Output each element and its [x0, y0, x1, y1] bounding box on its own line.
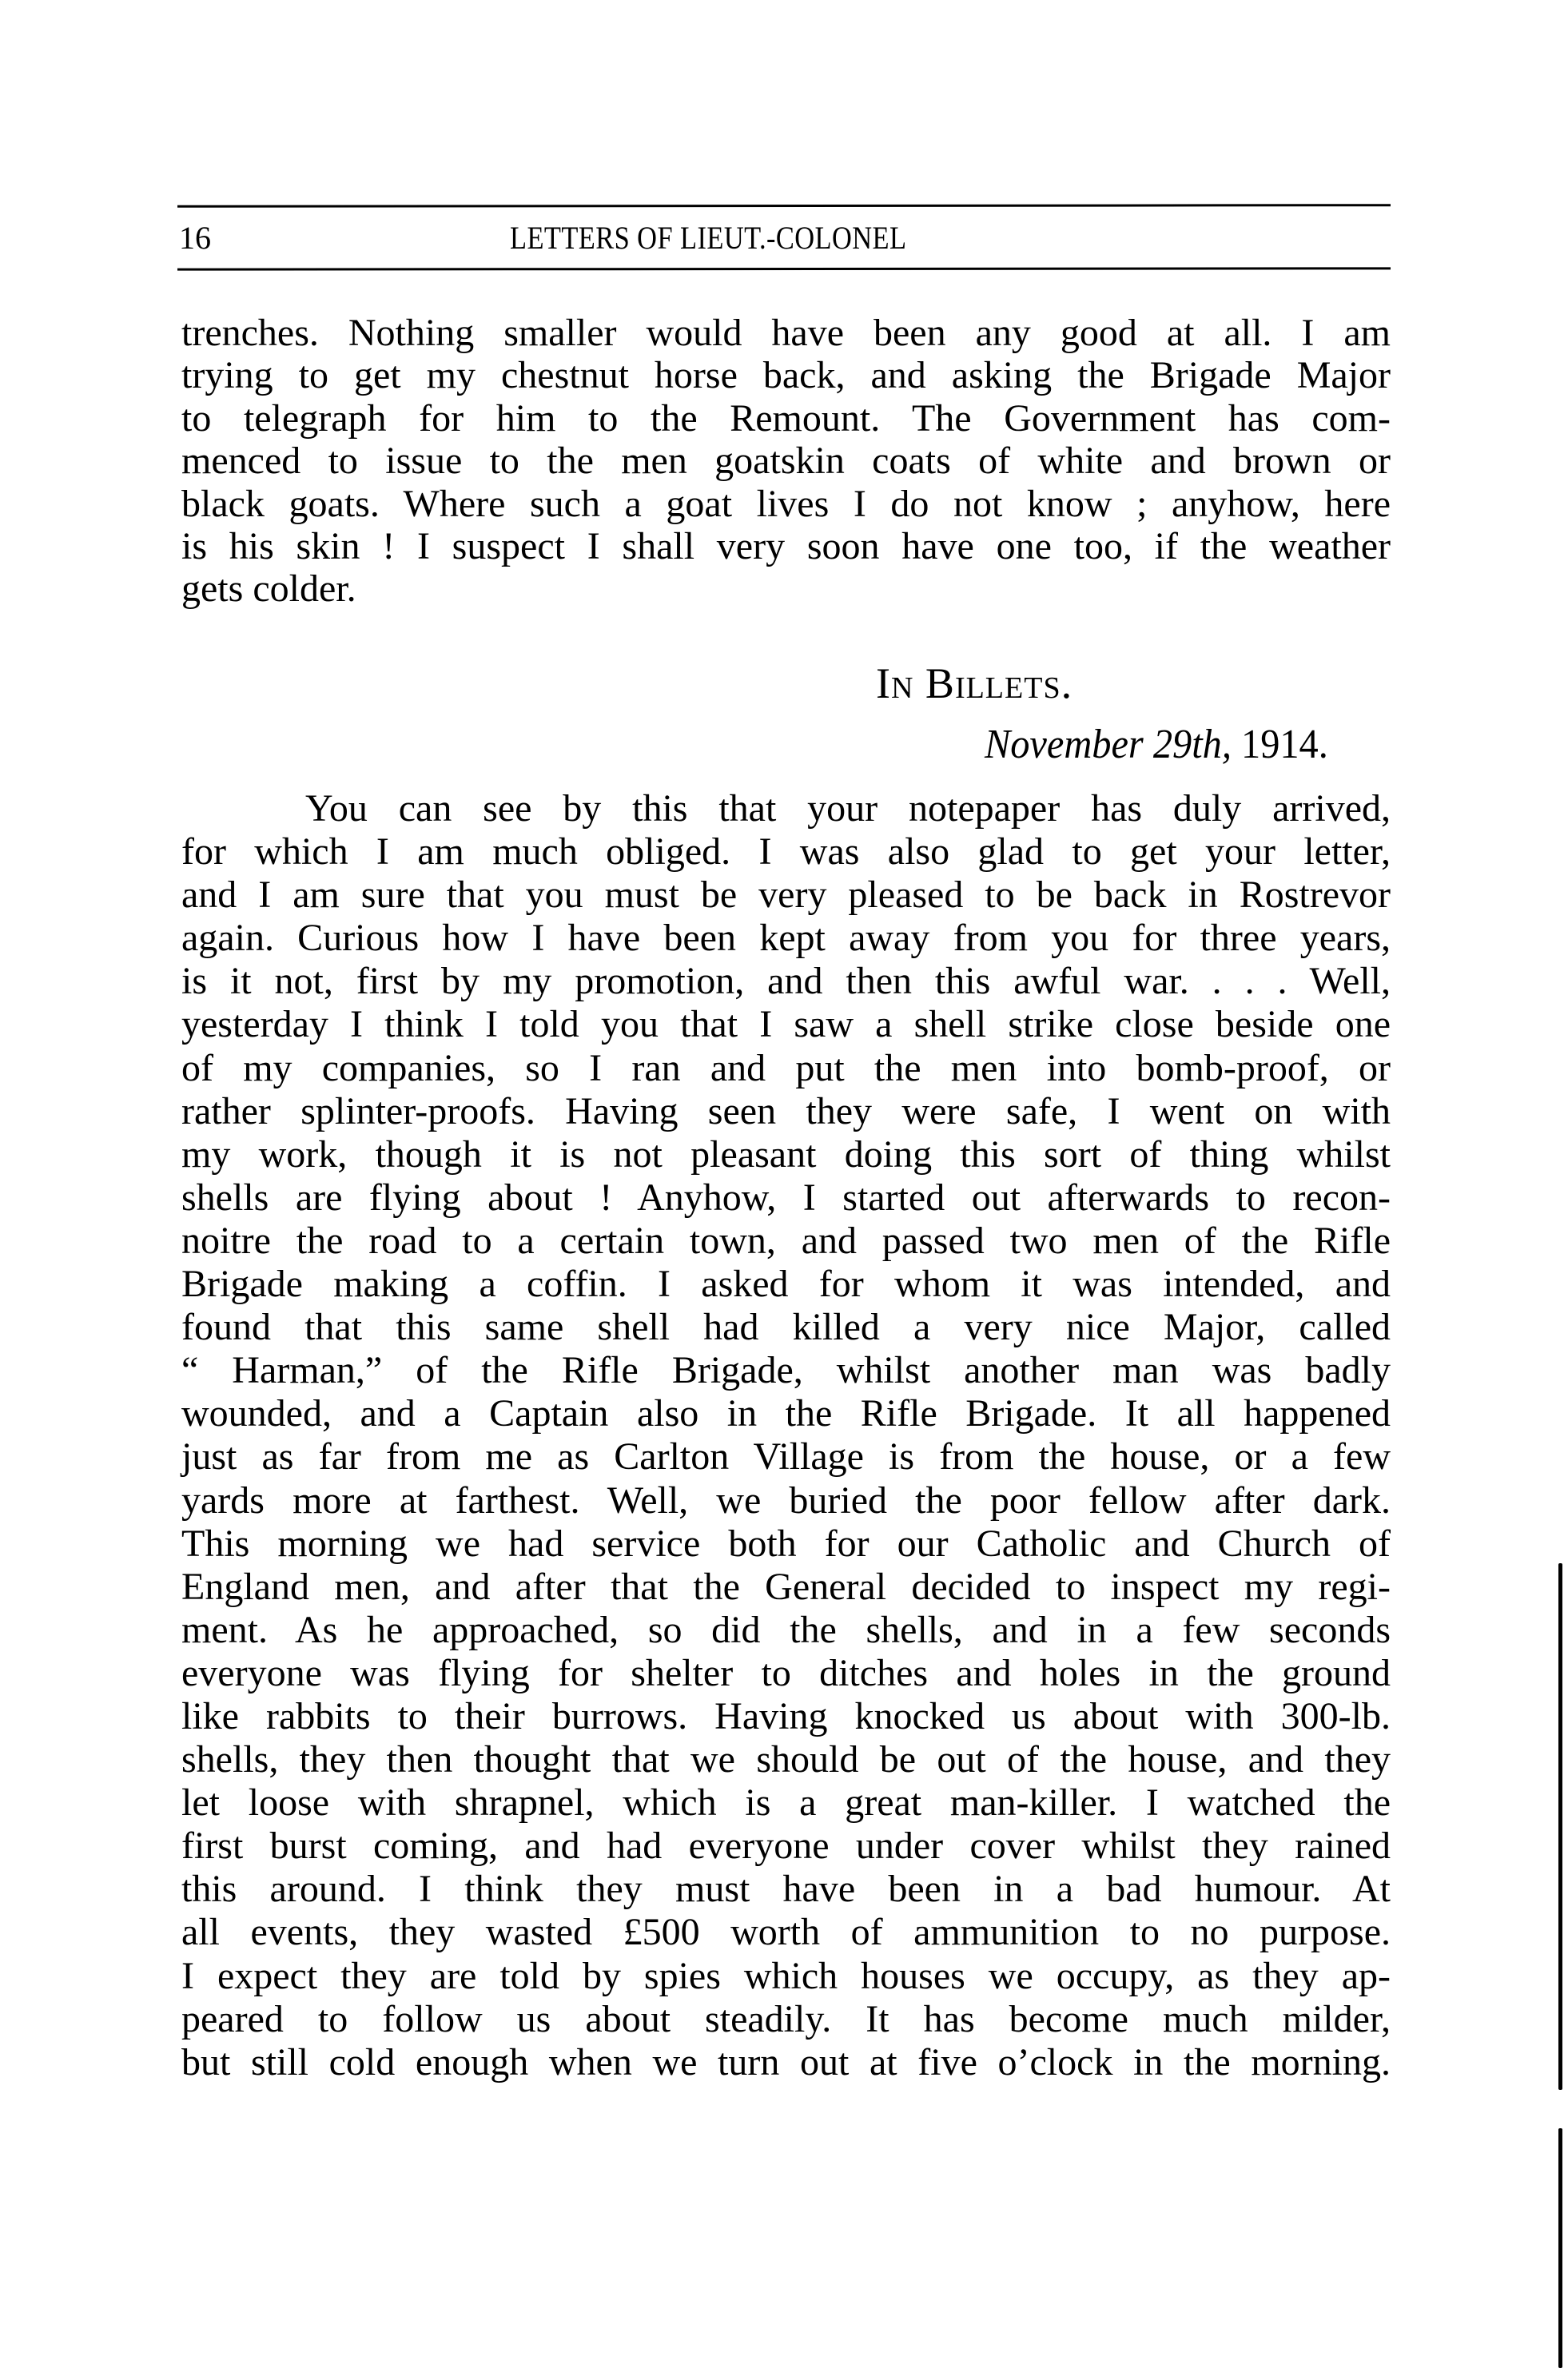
- text-line: wounded, and a Captain also in the Rifle…: [181, 1392, 1391, 1435]
- text-line: trying to get my chestnut horse back, an…: [181, 354, 1391, 396]
- letter-location-heading: In Billets.: [876, 662, 1073, 705]
- text-line: like rabbits to their burrows. Having kn…: [181, 1695, 1391, 1738]
- scan-edge-mark: [1558, 1563, 1562, 2090]
- text-line: yesterday I think I told you that I saw …: [181, 1003, 1391, 1046]
- text-line: black goats. Where such a goat lives I d…: [181, 483, 1391, 525]
- text-line: just as far from me as Carlton Village i…: [181, 1435, 1391, 1479]
- text-line: but still cold enough when we turn out a…: [181, 2041, 1391, 2084]
- text-line: This morning we had service both for our…: [181, 1522, 1391, 1566]
- text-line: yards more at farthest. Well, we buried …: [181, 1479, 1391, 1522]
- text-line: ment. As he approached, so did the shell…: [181, 1609, 1391, 1652]
- text-line: trenches. Nothing smaller would have bee…: [181, 312, 1391, 354]
- text-line: to telegraph for him to the Remount. The…: [181, 397, 1391, 440]
- text-line: my work, though it is not pleasant doing…: [181, 1133, 1391, 1176]
- text-line: for which I am much obliged. I was also …: [181, 830, 1391, 874]
- text-line: is it not, first by my promotion, and th…: [181, 960, 1391, 1003]
- page-number: 16: [179, 222, 211, 254]
- header-top-rule: [177, 204, 1391, 208]
- header-bottom-rule: [177, 267, 1391, 270]
- text-line: and I am sure that you must be very plea…: [181, 874, 1391, 917]
- scan-edge-mark: [1558, 2128, 1562, 2368]
- text-line: shells, they then thought that we should…: [181, 1738, 1391, 1781]
- text-line: peared to follow us about steadily. It h…: [181, 1998, 1391, 2041]
- text-line: menced to issue to the men goatskin coat…: [181, 440, 1391, 482]
- text-line: noitre the road to a certain town, and p…: [181, 1220, 1391, 1263]
- date-year: 1914.: [1232, 722, 1328, 767]
- date-day: November 29th,: [985, 722, 1232, 767]
- text-line: rather splinter-proofs. Having seen they…: [181, 1090, 1391, 1133]
- text-line: let loose with shrapnel, which is a grea…: [181, 1781, 1391, 1825]
- text-line: everyone was flying for shelter to ditch…: [181, 1652, 1391, 1695]
- text-line: England men, and after that the General …: [181, 1566, 1391, 1609]
- text-line: I expect they are told by spies which ho…: [181, 1955, 1391, 1998]
- text-line: this around. I think they must have been…: [181, 1868, 1391, 1911]
- text-line: is his skin ! I suspect I shall very soo…: [181, 525, 1391, 567]
- text-line: gets colder.: [181, 567, 1391, 610]
- text-line: You can see by this that your notepaper …: [181, 787, 1391, 830]
- letter-body-paragraph: You can see by this that your notepaper …: [181, 787, 1391, 2084]
- text-line: “ Harman,” of the Rifle Brigade, whilst …: [181, 1349, 1391, 1392]
- text-line: again. Curious how I have been kept away…: [181, 917, 1391, 960]
- letter-dateline: November 29th, 1914.: [985, 724, 1328, 766]
- text-line: Brigade making a coffin. I asked for who…: [181, 1263, 1391, 1306]
- text-line: shells are flying about ! Anyhow, I star…: [181, 1176, 1391, 1220]
- text-line: first burst coming, and had everyone und…: [181, 1825, 1391, 1868]
- paragraph-continuation: trenches. Nothing smaller would have bee…: [181, 312, 1391, 611]
- text-line: all events, they wasted £500 worth of am…: [181, 1911, 1391, 1954]
- running-title: LETTERS OF LIEUT.-COLONEL: [510, 222, 906, 254]
- text-line: found that this same shell had killed a …: [181, 1306, 1391, 1349]
- text-line: of my companies, so I ran and put the me…: [181, 1047, 1391, 1090]
